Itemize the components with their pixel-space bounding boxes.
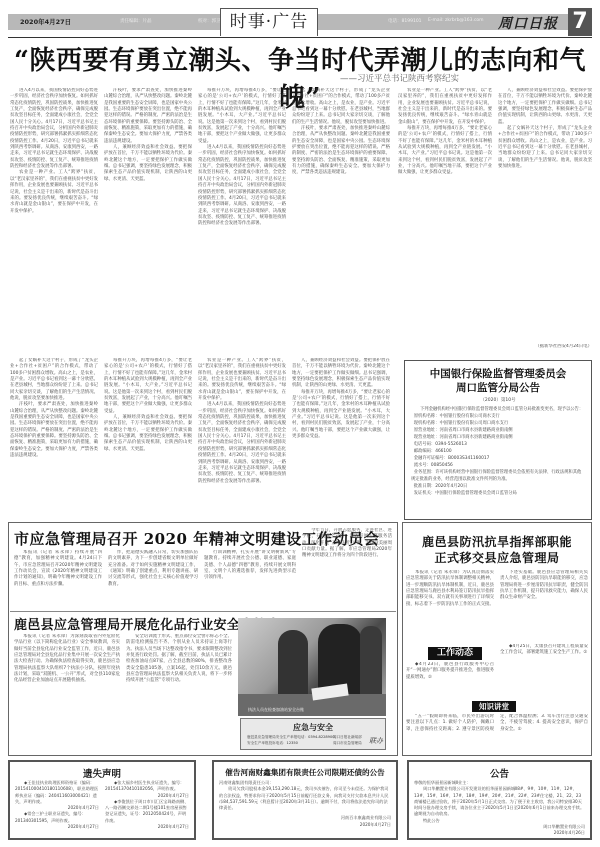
- debt-notice-date: 2020年4月27日: [219, 822, 391, 828]
- main-subheadline: ——习近平总书记陕西考察纪实: [340, 72, 459, 84]
- luyi-inspection-col-2: 安全培训流于形式、重点部位安全警示标志不全、防雷电检测报告不齐、个别从业人员未持…: [126, 634, 232, 752]
- emergency-meeting-col-2: 作，把道德实践融入日常，切实加强队伍的文明素养，为下一步创建省级文明单位做好充分…: [108, 550, 198, 608]
- masthead: 2020年4月27日 责任编辑：片晶 校对：郭卫东 时事·广告 电话：81991…: [8, 8, 592, 36]
- cbirc-doc-number: （2020）第10号: [411, 397, 585, 403]
- emergency-meeting-col-1: 本报讯（记者 朱永锋）持续开展“四德”教育，加强精神文明建设。4月24日下午，市…: [14, 550, 102, 608]
- cbirc-intro: 下列金融机构经中国银行保险监督管理委员会周口监管分局批准变更名，现予以公告：: [411, 406, 585, 413]
- main-article-column-4-cont: 人，兼顾经济效益和社会效益。要把保护放在首位，千万不能以牺牲环境为代价。秦岭北麓…: [292, 358, 390, 518]
- flood-transfer-col-2: 下述实基础。鹿邑县应急管理局相关负责人介绍，鹿邑县防汛抗旱职能的移交，应急管理局…: [500, 570, 588, 640]
- lost-item: ◆常会三护士职业证遗失，编号：201340301595，声明作废。: [15, 811, 99, 824]
- cbirc-field: 原机构名称：中国银行股份有限公司商水支行: [411, 413, 585, 420]
- flood-transfer-headline: 鹿邑县防汛抗旱指挥部职能 正式移交县应急管理局: [402, 534, 592, 566]
- issue-date: 2020年4月27日: [20, 17, 71, 26]
- contact-email: E-mail: zkrbrb@163.com: [428, 18, 484, 23]
- announcement-text: 周口华鹏置业有限公司开发建设的恒华丽景园新城Ⅱ8#、9#、10#、11#、12#…: [414, 786, 585, 817]
- masthead-rule: [8, 37, 592, 38]
- cbirc-field: 金融许可证编号：B0003S341160017: [411, 455, 585, 462]
- cbirc-title-line2: 周口监管分局公告: [411, 381, 585, 395]
- cbirc-field: 邮政编码：466100: [411, 448, 585, 455]
- photo-person: [360, 626, 382, 700]
- main-article-credit: （据新华社西安4月24日电）: [498, 344, 592, 352]
- main-article-column-3: 每推开万块，再增每推4万多，“要让老家心的是‘公司+农户’的模式，行情好了搭上，…: [198, 88, 286, 356]
- safety-box-hotlines: 鹿邑县应急管理局安全生产举报电话：0394-8228900 安全生产举报投诉电话…: [247, 735, 335, 746]
- announcement-body: 尊敬的恒华丽景园新城Ⅱ业主： 周口华鹏置业有限公司开发建设的恒华丽景园新城Ⅱ8#…: [414, 780, 585, 837]
- main-article-column-3-cont: 农业是一种产业。工人“跨界”扶贫，以“老汉家里养的”，我们在重视扶贫中更好发挥作…: [198, 358, 286, 518]
- announcement-date: 2020年4月26日: [414, 830, 585, 836]
- lost-item: ◆张大福乡村医生执业证遗失，编号：201541370410102056，声明作废…: [105, 780, 189, 793]
- main-article-column-1-cont: 起了女娲补天这个村子，形成了“龙头企业+合作社+贫困户”的合作模式，带动了100…: [10, 358, 98, 518]
- main-article-column-5: 农业是一种产业。工人“跨界”扶贫，以“老汉家里养的”，我们在重视扶贫中更好发挥作…: [398, 88, 492, 356]
- safety-column-box: 应急与安全 鹿邑县应急管理局安全生产举报电话：0394-8228900 安全生产…: [240, 718, 386, 750]
- safety-box-organizers: 周口日报社新闻部 周口市应急管理局: [333, 735, 362, 746]
- work-news-item-1: ◆4月23日，鹿邑县行政服务中心召开“一网通办”窗口服务提升推进会，推进服务提质…: [406, 662, 494, 698]
- safety-box-title: 应急与安全: [241, 722, 385, 733]
- debt-notice-body: 河南财鑫集团有限责任公司： 贵司欠我司股权本金19,153,290.18元，我司…: [219, 780, 391, 828]
- emergency-meeting-col-3: 行训训精神，扎实开展“讲文明树新风”专题教育。持续开展社会公德、职业道德、家庭美…: [204, 550, 296, 608]
- cbirc-field: 电话号码：0394-5526013: [411, 441, 585, 448]
- safety-box-sign: 联办: [369, 736, 383, 746]
- debt-notice: 催告河南财鑫集团有限责任公司限期还债的公告 河南财鑫集团有限责任公司： 贵司欠我…: [212, 760, 398, 840]
- page-number: 7: [568, 8, 592, 36]
- debt-notice-text: 贵司欠我司股权本金19,153,290.18元，我司多次催告，你司至今未偿还。为…: [219, 786, 391, 811]
- knowledge-tag: 知识讲堂: [472, 701, 516, 712]
- lost-notice-body: ◆王佳佳执业助理医师资格证（编码：201541000410180110608），…: [15, 780, 189, 830]
- cbirc-field: 原营业地址：河南省周口市商水县新建路商业街南侧: [411, 427, 585, 434]
- cbirc-field: 批准日期：2020年4月20日: [411, 483, 585, 490]
- main-article-column-4: 起了女娲补天这个村子，形成了“龙头企业+合作社+贫困户”的合作模式，带动了100…: [292, 88, 390, 356]
- cbirc-field: 流水号：00850456: [411, 462, 585, 469]
- emergency-meeting-col-4: 今年节日，开展志愿服务，走进社区、进学校，开展安全宣传，深入开展志愿服务活动。深…: [302, 528, 392, 608]
- housing-announcement: 公告 尊敬的恒华丽景园新城Ⅱ业主： 周口华鹏置业有限公司开发建设的恒华丽景园新城…: [407, 760, 592, 840]
- flood-transfer-col-1: 本报讯（记者 朱永锋）为认真贯彻落实应急管理部关于防汛抗旱体制调整相关精神，进一…: [406, 570, 494, 640]
- newspaper-name: 周口日报: [498, 13, 558, 33]
- cbirc-field: 现机构名称：中国银行股份有限公司周口商水支行: [411, 420, 585, 427]
- luyi-inspection-col-1: 本报讯（记者 朱永锋）为深刻汲取省内外危险化学品行业（以下简称危化品行业）安全事…: [14, 634, 120, 752]
- cbirc-field: 现营业地址：河南省周口市商水县新建路商业街南侧: [411, 434, 585, 441]
- lost-item-date: 2020年4月27日: [15, 824, 99, 830]
- lost-notice: 遗失声明 ◆王佳佳执业助理医师资格证（编码：201541000410180110…: [8, 760, 196, 840]
- cbirc-title-line1: 中国银行保险监督管理委员会: [411, 367, 585, 381]
- photo-caption: 执法人员在检查加油站安全台账: [248, 707, 304, 713]
- knowledge-text: “五一”假期即将来临，市民外出游玩时要注意以下几点：1. 做好个人防护，佩戴口罩…: [406, 714, 588, 752]
- cbirc-field: 业务范围：许可该机构经营中国银行保险监督管理委员会依照有关法律、行政法规和其他规…: [411, 469, 585, 483]
- editor-credit: 责任编辑：片晶: [120, 18, 152, 24]
- lost-notice-title: 遗失声明: [10, 766, 194, 780]
- section-divider: [10, 611, 396, 612]
- cbirc-notice: 中国银行保险监督管理委员会 周口监管分局公告 （2020）第10号 下列金融机构…: [404, 360, 592, 520]
- inspection-photo: 执法人员在检查加油站安全台账: [238, 618, 386, 716]
- lost-item: ◆王佳佳执业助理医师资格证（编码：201541000410180110608），…: [15, 780, 99, 805]
- announcement-title: 公告: [409, 766, 590, 780]
- lost-item-date: 2020年4月27日: [105, 824, 189, 830]
- section-title: 时事·广告: [220, 8, 318, 36]
- work-news-tag: 工作动态: [428, 647, 482, 660]
- main-article-column-1: 进入4月以来，我国疫情防控向好态势进一步巩固，经济社会秩序加快恢复。如何抓好常态…: [10, 88, 98, 356]
- debt-notice-title: 催告河南财鑫集团有限责任公司限期还债的公告: [214, 767, 396, 778]
- contact-phone: 电话：8199101: [388, 18, 422, 24]
- main-article-column-6: 人，兼顾经济效益和社会效益。要把保护放在首位，千万不能以牺牲环境为代价。秦岭北麓…: [498, 88, 592, 350]
- photo-person: [278, 630, 308, 700]
- work-news-item-2: ◆4月25日，太康县召开建筑工程质量安全工作会议，部署建筑施工安全生产工作。②: [500, 644, 588, 698]
- main-article-column-2-cont: 每推开万块，再增每推4万多，“要让老家心的是‘公司+农户’的模式，行情好了搭上，…: [104, 358, 192, 518]
- cbirc-field: 发证机关：中国银行保险监督管理委员会周口监管分局: [411, 490, 585, 497]
- main-article-column-2: 汗枝叶，要求严肃查处，加快推进秦岭山麓综合治理，从严从快整改问题。秦岭北麓是我国…: [104, 88, 192, 356]
- lost-item: ◆李俊凯位于周口市川汇区宝珠路南侧、八一路西侧交界处二期1号楼101室房屋预售登…: [105, 799, 189, 824]
